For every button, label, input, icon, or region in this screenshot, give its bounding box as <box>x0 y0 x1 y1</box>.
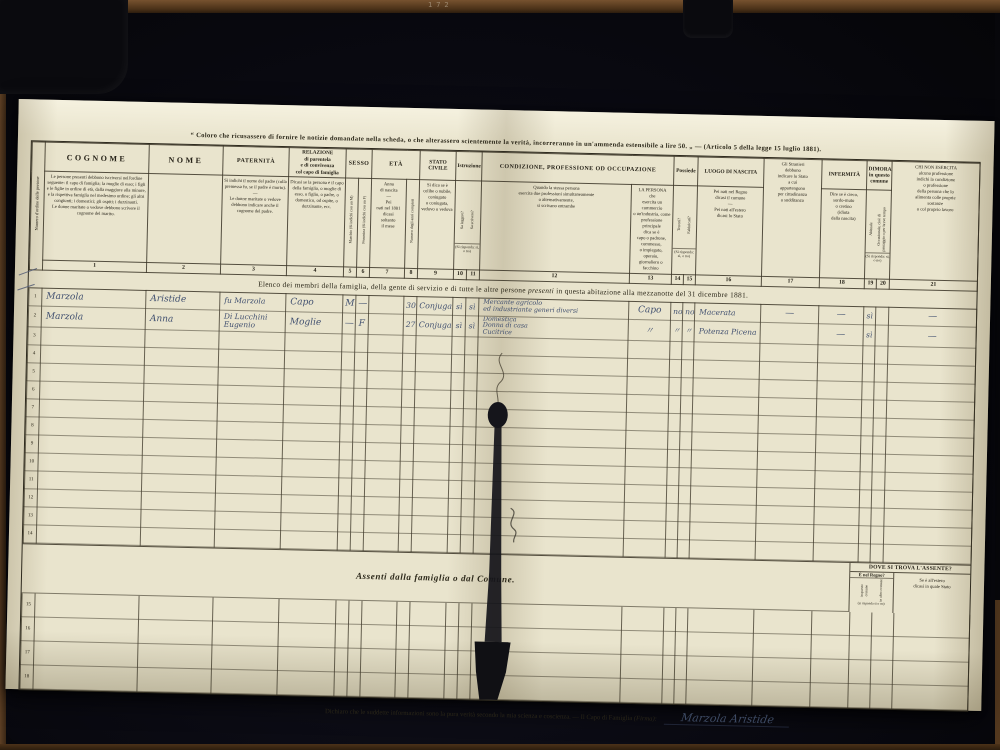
cell-sa-leggere <box>444 650 458 674</box>
cell-relazione <box>280 531 337 550</box>
cell-fabbricati <box>680 414 692 432</box>
cell-paternita <box>218 349 284 368</box>
cell-sa-leggere <box>448 480 461 498</box>
cell-la-persona <box>623 538 665 557</box>
cell-assente-estero <box>892 660 969 686</box>
cell-dimora-occasionale <box>870 544 883 562</box>
cell-relazione <box>281 495 338 514</box>
cell-anno-nascita <box>366 424 401 443</box>
col-number: 11 <box>466 269 479 279</box>
col-number: 19 <box>864 278 876 288</box>
cell-la-persona <box>626 412 668 431</box>
cell-anno-nascita <box>361 601 397 625</box>
cell-anno-nascita <box>361 624 397 649</box>
cell-stato-civile <box>415 354 451 373</box>
cell-sesso-m <box>338 478 351 496</box>
cell-sesso-f <box>353 424 366 442</box>
cell-fabbricati <box>681 360 693 378</box>
cell-anni <box>401 407 414 425</box>
cell-dimora-occasionale <box>871 508 884 526</box>
cell-nome <box>139 596 214 621</box>
cell-anni <box>395 673 409 697</box>
cell-sa-leggere <box>452 336 465 354</box>
cell-chi-non-esercita: — <box>888 307 976 327</box>
cell-anno-nascita <box>364 478 399 497</box>
cell-sesso-m: M <box>343 294 356 312</box>
cell-dimora-occasionale <box>870 526 883 544</box>
cell-nome <box>143 401 217 421</box>
cell-cognome: Marzola <box>42 288 146 308</box>
cell-dimora-occasionale <box>875 346 888 364</box>
cell-infermita <box>811 611 850 635</box>
cell-sesso-m <box>342 334 355 352</box>
cell-fabbricati <box>678 522 690 540</box>
cell-numero: 8 <box>26 417 39 435</box>
cell-sa-scrivere <box>463 409 476 427</box>
cell-stato-civile <box>408 673 445 698</box>
cell-anni <box>400 461 413 479</box>
cell-cognome <box>35 593 140 619</box>
cell-chi-non-esercita <box>888 346 976 366</box>
cell-stranieri <box>755 541 813 560</box>
cell-assente-altro-comune <box>871 636 894 660</box>
cell-relazione <box>277 646 335 671</box>
cell-sesso-m <box>339 442 352 460</box>
cell-anno-nascita <box>365 460 400 479</box>
folder-clip-left <box>0 0 128 94</box>
cell-stranieri <box>753 633 812 658</box>
cell-la-persona <box>621 607 664 631</box>
cell-sa-scrivere <box>458 627 472 651</box>
cell-paternita <box>218 367 284 386</box>
cell-anno-nascita <box>369 295 404 314</box>
col-luogo-title: LUOGO DI NASCITA <box>698 157 765 187</box>
cell-anni <box>398 533 411 551</box>
cell-sesso-m <box>335 600 349 624</box>
cell-luogo-nascita <box>692 432 758 451</box>
cell-numero: 16 <box>21 617 35 641</box>
cell-fabbricati <box>678 486 690 504</box>
cell-sesso-m <box>335 624 349 648</box>
cell-nome: Anna <box>145 308 219 331</box>
cell-anni: 27 <box>403 314 416 336</box>
cell-luogo-nascita <box>690 522 756 541</box>
cell-sesso-f <box>347 648 361 672</box>
cell-anni <box>401 389 414 407</box>
cell-anno-nascita <box>367 352 402 371</box>
col-nome-title: NOME <box>149 144 224 175</box>
paternita-instructions: Si indichi il nome del padre (colla prem… <box>221 175 289 265</box>
cell-la-persona <box>626 430 668 449</box>
cell-sa-scrivere <box>464 373 477 391</box>
sa-scrivere-label: Sa scrivere? <box>470 210 475 229</box>
cell-luogo-nascita <box>691 450 757 469</box>
cell-stato-civile <box>413 461 449 480</box>
cell-la-persona <box>627 358 669 377</box>
cell-assente-altro-comune <box>870 660 893 684</box>
cell-infermita: — <box>818 305 863 324</box>
cell-fabbricati <box>681 378 693 396</box>
cell-relazione: Capo <box>286 293 343 312</box>
col-paternita-title: PATERNITÀ <box>223 146 290 176</box>
cell-terreni <box>666 485 678 503</box>
desk-edge-top <box>110 0 1000 13</box>
cell-terreni <box>669 359 681 377</box>
cell-stranieri <box>759 361 817 380</box>
col-stato-title: STATO CIVILE <box>420 151 457 181</box>
cell-fabbricati: no <box>683 302 695 320</box>
cell-sesso-m <box>339 460 352 478</box>
cell-nome <box>143 419 217 439</box>
cell-sa-leggere <box>445 603 459 627</box>
cell-cognome <box>40 363 144 383</box>
folder-clip-right <box>683 0 733 38</box>
cell-sa-scrivere <box>457 675 471 699</box>
cell-anni <box>399 479 412 497</box>
cell-infermita <box>816 435 861 454</box>
cell-fabbricati <box>678 504 690 522</box>
cell-dimora-occasionale <box>873 436 886 454</box>
cell-terreni <box>666 503 678 521</box>
cell-assente-estero <box>893 613 970 638</box>
cell-relazione <box>283 387 340 406</box>
cell-numero: 13 <box>24 507 37 525</box>
cell-anni <box>402 353 415 371</box>
nel-regno-subbox: È nel Regno? in questo comunein altro co… <box>849 572 894 613</box>
cell-sesso-m <box>341 370 354 388</box>
cell-la-persona <box>620 678 663 703</box>
cell-sa-leggere <box>448 498 461 516</box>
cell-paternita <box>211 669 278 694</box>
col-stranieri-header: Gli Stranieridebbonoindicare lo Statoa c… <box>762 158 823 277</box>
istruzione-subcolumns: Sa leggere?Sa scrivere? (Si risponda: sì… <box>454 180 482 269</box>
col-istruzione-title: Istruzione <box>456 151 483 181</box>
cell-terreni <box>668 431 680 449</box>
cell-chi-non-esercita <box>887 364 975 384</box>
cell-stranieri: — <box>760 304 818 323</box>
cell-dimora-occasionale <box>871 490 884 508</box>
cell-sesso-m <box>337 532 350 550</box>
col-number: 15 <box>683 274 695 284</box>
cell-stranieri <box>756 523 814 542</box>
cell-stato-civile <box>414 426 450 445</box>
cell-la-persona <box>627 376 669 395</box>
cell-cognome <box>40 345 144 365</box>
cell-stato-civile <box>408 649 445 674</box>
altro-comune-label: in altro comune <box>878 579 883 603</box>
cell-relazione <box>284 369 341 388</box>
cell-sesso-m <box>334 672 348 696</box>
cell-la-persona <box>621 630 664 655</box>
istruzione-nota: (Si risponda: sì, o no) <box>454 243 479 254</box>
cell-anno-nascita <box>366 388 401 407</box>
cell-sesso-f <box>347 672 361 696</box>
cell-paternita <box>215 475 281 494</box>
cell-luogo-nascita <box>692 396 758 415</box>
firma-label: (Firma): <box>634 715 657 723</box>
cell-anni <box>399 497 412 515</box>
cell-stranieri <box>760 343 818 362</box>
cell-luogo-nascita <box>686 680 753 705</box>
dimora-occasionale-label: Occasionale, cioè di passaggio o per bre… <box>877 206 888 252</box>
cell-la-persona <box>625 466 667 485</box>
cell-luogo-nascita <box>691 468 757 487</box>
cell-cognome <box>37 489 141 509</box>
cell-relazione <box>281 513 338 532</box>
cell-infermita <box>816 399 861 418</box>
cell-chi-non-esercita <box>886 400 974 420</box>
cell-stranieri <box>752 657 811 682</box>
cell-anno-nascita <box>364 514 399 533</box>
cell-sesso-f <box>354 370 367 388</box>
cell-chi-non-esercita <box>886 436 974 456</box>
col-relazione-title: RELAZIONEdi parentelae di convivenzacol … <box>289 148 347 178</box>
cell-sesso-f <box>353 388 366 406</box>
cell-stranieri <box>759 379 817 398</box>
cell-numero: 9 <box>25 435 38 453</box>
cell-condizione <box>470 651 621 678</box>
cell-dimora-occasionale <box>873 400 886 418</box>
cell-assente-questo-comune <box>849 612 872 636</box>
dove-assente-box: DOVE SI TROVA L'ASSENTE? È nel Regno? in… <box>849 563 970 615</box>
cell-assente-altro-comune <box>870 684 893 708</box>
cell-terreni <box>670 341 682 359</box>
eta-anno-nascita: Annodi nascita—Peinati nel 1881dicasisol… <box>370 179 407 268</box>
cell-stranieri <box>756 505 814 524</box>
cell-sa-scrivere: sì <box>466 297 479 315</box>
cell-condizione: DomesticaDonna di casaCucitrice <box>478 316 628 341</box>
cell-luogo-nascita <box>686 656 753 681</box>
possiede-nota: (Si risponda: sì, o no) <box>672 247 695 258</box>
cell-nome <box>145 329 219 349</box>
cell-condizione <box>471 603 621 630</box>
cell-luogo-nascita <box>693 378 759 397</box>
cell-fabbricati: 〃 <box>682 320 694 342</box>
cell-fabbricati <box>674 679 687 703</box>
cell-anni <box>402 371 415 389</box>
cell-fabbricati <box>680 396 692 414</box>
cell-sesso-f <box>353 406 366 424</box>
cell-luogo-nascita <box>694 342 760 361</box>
cell-paternita: Di LucchiniEugenio <box>219 310 285 333</box>
cell-nome <box>141 473 215 493</box>
cell-infermita <box>815 471 860 490</box>
cell-sa-leggere <box>450 390 463 408</box>
cell-stato-civile <box>414 390 450 409</box>
cell-relazione <box>285 333 342 352</box>
cell-nome <box>141 509 215 529</box>
cell-numero: 2 <box>28 305 41 327</box>
cell-sesso-f: F <box>355 313 368 335</box>
cell-dimora-occasionale <box>875 307 888 325</box>
cell-dimora-abituale <box>862 364 874 382</box>
cell-fabbricati <box>679 468 691 486</box>
col-sesso-title: SESSO <box>346 149 373 179</box>
cell-la-persona <box>625 448 667 467</box>
cell-relazione <box>279 599 337 624</box>
desk-edge-bottom <box>0 744 1000 750</box>
terreni-label: Terreni? <box>677 218 682 231</box>
cell-numero: 10 <box>25 453 38 471</box>
cell-stranieri <box>758 397 816 416</box>
cell-anno-nascita <box>366 406 401 425</box>
cell-la-persona: Capo <box>629 301 671 320</box>
cell-dimora-occasionale <box>874 382 887 400</box>
cell-dimora-occasionale <box>874 364 887 382</box>
cell-terreni <box>668 413 680 431</box>
col-number: 20 <box>876 279 889 289</box>
cell-anni <box>401 425 414 443</box>
cell-stato-civile <box>413 444 449 463</box>
cell-luogo-nascita <box>693 360 759 379</box>
relazione-instructions: Dicasi se la persona è il capo della fam… <box>287 177 346 267</box>
cell-infermita: — <box>818 323 863 345</box>
cell-nome <box>144 365 218 385</box>
col-cognome-title: COGNOME <box>45 142 150 173</box>
cell-terreni <box>665 539 677 557</box>
cell-stato-civile <box>409 625 446 650</box>
assenti-heading: Assenti dalla famiglia o dal Comune. <box>356 571 515 585</box>
cell-la-persona <box>624 520 666 539</box>
col-number: 10 <box>453 269 466 279</box>
cell-paternita <box>215 511 281 530</box>
col-infermita-title: INFERMITÀ <box>822 160 868 190</box>
cell-paternita <box>211 645 278 670</box>
cell-sa-leggere <box>448 516 461 534</box>
cell-fabbricati <box>674 655 687 679</box>
cell-chi-non-esercita: — <box>888 325 976 348</box>
questo-comune-label: in questo comune <box>859 578 869 602</box>
cell-sa-leggere <box>445 626 459 650</box>
cell-relazione <box>277 670 335 695</box>
cell-sesso-m <box>338 496 351 514</box>
cell-dimora-occasionale <box>875 325 888 347</box>
cell-sesso-m <box>334 648 348 672</box>
cell-anno-nascita <box>360 648 396 673</box>
cell-sa-leggere <box>450 426 463 444</box>
cell-nome <box>143 383 217 403</box>
cell-sa-leggere: sì <box>452 315 465 337</box>
cell-sa-scrivere: sì <box>465 315 478 337</box>
sa-leggere-label: Sa leggere? <box>460 211 465 229</box>
cell-paternita <box>219 331 285 350</box>
cell-sesso-f <box>354 352 367 370</box>
cell-numero: 7 <box>26 399 39 417</box>
cell-sesso-f <box>348 601 362 625</box>
cell-relazione <box>282 459 339 478</box>
col-number: 8 <box>404 268 417 278</box>
cell-relazione <box>278 622 336 647</box>
cell-anno-nascita <box>367 370 402 389</box>
cell-la-persona <box>626 394 668 413</box>
cell-dimora-abituale: sì <box>863 324 875 346</box>
cell-infermita <box>814 489 859 508</box>
cell-sesso-m <box>340 424 353 442</box>
infermita-instructions: Dire se è cieco,sordo-mutoo cretino(idio… <box>820 189 867 279</box>
estero-subbox: Se è all'esterodicasi in quale Stato <box>893 573 970 615</box>
cell-sesso-m <box>340 388 353 406</box>
cell-terreni <box>663 608 676 632</box>
cell-terreni <box>668 395 680 413</box>
cell-sesso-m <box>338 514 351 532</box>
cell-stranieri <box>760 322 818 345</box>
col-number: 5 <box>343 266 356 276</box>
cell-chi-non-esercita <box>883 544 971 564</box>
desk-edge-left <box>0 0 6 750</box>
cell-anno-nascita <box>360 672 396 697</box>
cell-sa-leggere <box>450 408 463 426</box>
cell-infermita <box>810 683 849 708</box>
cell-dimora-occasionale <box>873 418 886 436</box>
cell-sa-scrivere <box>463 427 476 445</box>
cell-cognome <box>36 525 140 545</box>
col-chinon-header: CHI NON ESERCITAalcuna professioneindich… <box>890 161 981 281</box>
col-number: 14 <box>671 274 683 284</box>
cell-sa-leggere <box>449 444 462 462</box>
cell-luogo-nascita <box>687 632 754 657</box>
desk-edge-right <box>995 600 1000 750</box>
cell-sa-scrivere <box>462 445 475 463</box>
elenco-presenti: presenti <box>528 285 554 295</box>
census-table: Numero d'ordine delle persone COGNOME NO… <box>23 141 981 564</box>
cell-sa-leggere <box>447 534 460 552</box>
luogo-instructions: Pei nati nel Regnodicasi il comune—Pei n… <box>696 186 764 276</box>
cell-assente-estero <box>893 636 970 662</box>
cell-anni <box>396 625 410 649</box>
family-members-rows: 1 Marzola Aristide fu Marzola Capo M — 3… <box>23 287 977 564</box>
cell-stranieri <box>753 610 812 635</box>
cell-numero: 18 <box>20 665 34 689</box>
cell-anno-nascita <box>368 334 403 353</box>
cell-nome <box>142 437 216 457</box>
col-condizione-title: CONDIZIONE, PROFESSIONE OD OCCUPAZIONE <box>482 152 675 185</box>
cell-terreni: 〃 <box>670 320 682 342</box>
cell-numero: 5 <box>27 363 40 381</box>
cell-dimora-abituale <box>859 508 871 526</box>
desk-faint-marks: 172 <box>428 1 453 9</box>
cell-sesso-f <box>350 532 363 550</box>
cell-fabbricati <box>675 631 688 655</box>
cell-terreni <box>667 449 679 467</box>
cell-paternita <box>213 597 280 622</box>
cell-cognome <box>33 665 138 691</box>
cell-paternita <box>217 385 283 404</box>
col-possiede-title: Possiede <box>674 156 699 186</box>
col-dimora-title: DIMORAin questo comune <box>867 161 893 191</box>
cell-relazione <box>284 351 341 370</box>
cell-sa-leggere <box>451 372 464 390</box>
cell-terreni <box>662 679 675 703</box>
cell-infermita <box>815 453 860 472</box>
cell-nome <box>142 455 216 475</box>
cell-anni <box>395 649 409 673</box>
cell-sa-scrivere <box>461 481 474 499</box>
dimora-abituale-label: Abituale <box>869 222 874 236</box>
dimora-nota: (Si risponda: sì, o no) <box>865 252 889 263</box>
cell-relazione <box>283 423 340 442</box>
cell-luogo-nascita <box>689 540 755 559</box>
cell-assente-questo-comune <box>848 683 871 707</box>
cell-sesso-f <box>351 478 364 496</box>
cell-numero: 3 <box>28 327 41 345</box>
col-eta-title: ETÀ <box>372 150 421 180</box>
cell-cognome <box>39 417 143 437</box>
cell-stato-civile <box>416 336 452 355</box>
cell-paternita <box>214 529 280 548</box>
cell-fabbricati <box>675 608 688 632</box>
cell-stato-civile <box>412 497 448 516</box>
cell-stato-civile <box>412 479 448 498</box>
